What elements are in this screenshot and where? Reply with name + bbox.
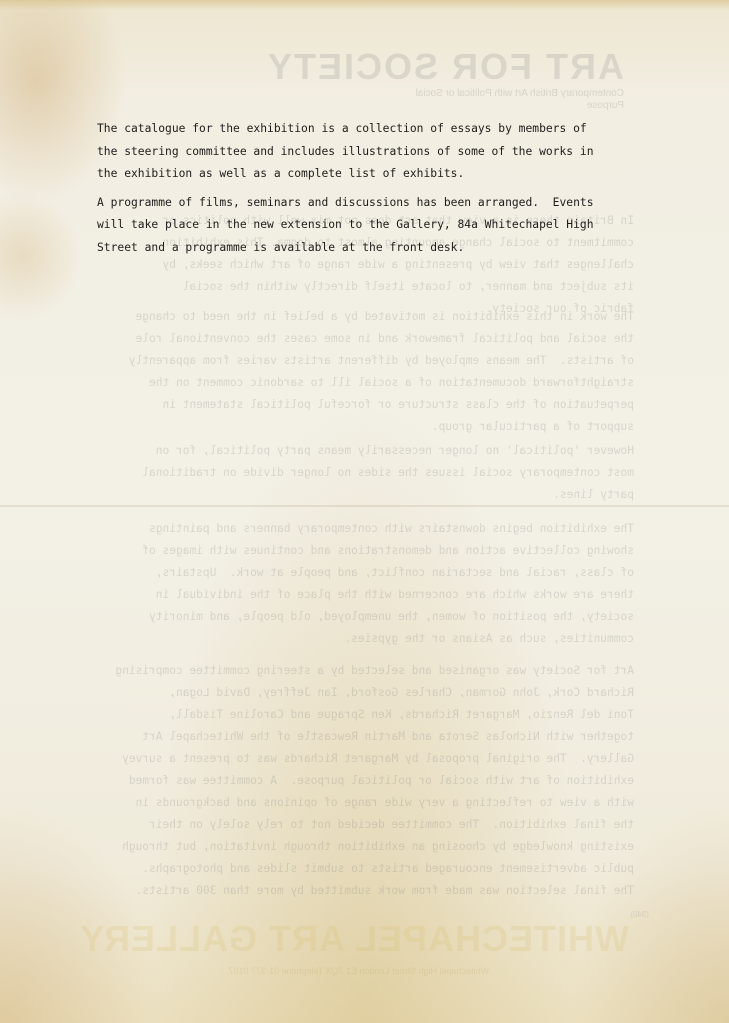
reverse-paragraph: However 'political' no longer necessaril…	[74, 440, 634, 506]
reverse-title: ART FOR SOCIETY	[266, 46, 624, 88]
document-page: ART FOR SOCIETY Contemporary British Art…	[0, 0, 729, 1023]
text-line: will take place in the new extension to …	[97, 218, 594, 231]
reverse-paragraph: Art for Society was organised and select…	[74, 660, 634, 902]
text-line: The catalogue for the exhibition is a co…	[97, 122, 587, 135]
reverse-footer-title: WHITECHAPEL ART GALLERY	[79, 918, 629, 960]
reverse-paragraph: The exhibition begins downstairs with co…	[74, 518, 634, 650]
text-line: A programme of films, seminars and discu…	[97, 196, 594, 209]
text-line: the exhibition as well as a complete lis…	[97, 167, 464, 180]
paragraph-catalogue: The catalogue for the exhibition is a co…	[97, 118, 657, 186]
text-line: Street and a programme is available at t…	[97, 241, 464, 254]
reverse-paragraph: The work in this exhibition is motivated…	[74, 306, 634, 438]
reverse-subtitle: Contemporary British Art with Political …	[384, 88, 624, 112]
front-text: The catalogue for the exhibition is a co…	[97, 118, 657, 265]
text-line: the steering committee and includes illu…	[97, 145, 594, 158]
paragraph-programme: A programme of films, seminars and discu…	[97, 192, 657, 260]
reverse-code: (340)	[630, 910, 649, 919]
reverse-footer-subtitle: Whitechapel High Street London E1 7QX Te…	[228, 966, 489, 976]
